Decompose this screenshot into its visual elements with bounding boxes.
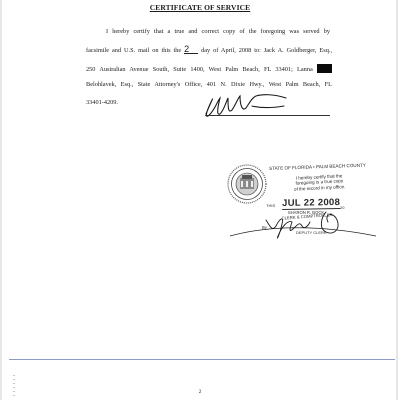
page-number: 2 (0, 389, 400, 395)
page-edge-left (0, 0, 2, 400)
stamp-state-line: STATE OF FLORIDA • PALM BEACH COUNTY (269, 163, 366, 171)
county-seal-icon (227, 164, 267, 204)
body-line-2-before: facsimile and U.S. mail on this the (86, 47, 181, 54)
redaction-block (317, 64, 332, 73)
document-title: CERTIFICATE OF SERVICE (0, 3, 400, 12)
handwritten-signature-icon (200, 92, 300, 122)
body-line-3-text: 250 Australian Avenue South, Suite 1400,… (86, 66, 313, 73)
stamp-certification: I hereby certify that the foregoing is a… (289, 173, 350, 192)
scan-dots (13, 375, 15, 399)
body-line-2-after: day of April, 2008 to: Jack A. Goldberge… (201, 47, 332, 54)
deputy-clerk-signature-icon (226, 206, 386, 248)
body-line-3: 250 Australian Avenue South, Suite 1400,… (86, 64, 332, 73)
footer-rule (9, 359, 395, 360)
body-line-4: Belohlavek, Esq., State Attorney's Offic… (86, 82, 332, 88)
body-line-2: facsimile and U.S. mail on this the 2 da… (86, 46, 332, 54)
handwritten-day: 2 (184, 46, 198, 54)
signature-line (205, 115, 330, 116)
page-edge-right (396, 0, 398, 400)
body-line-1: I hereby certify that a true and correct… (106, 29, 330, 35)
